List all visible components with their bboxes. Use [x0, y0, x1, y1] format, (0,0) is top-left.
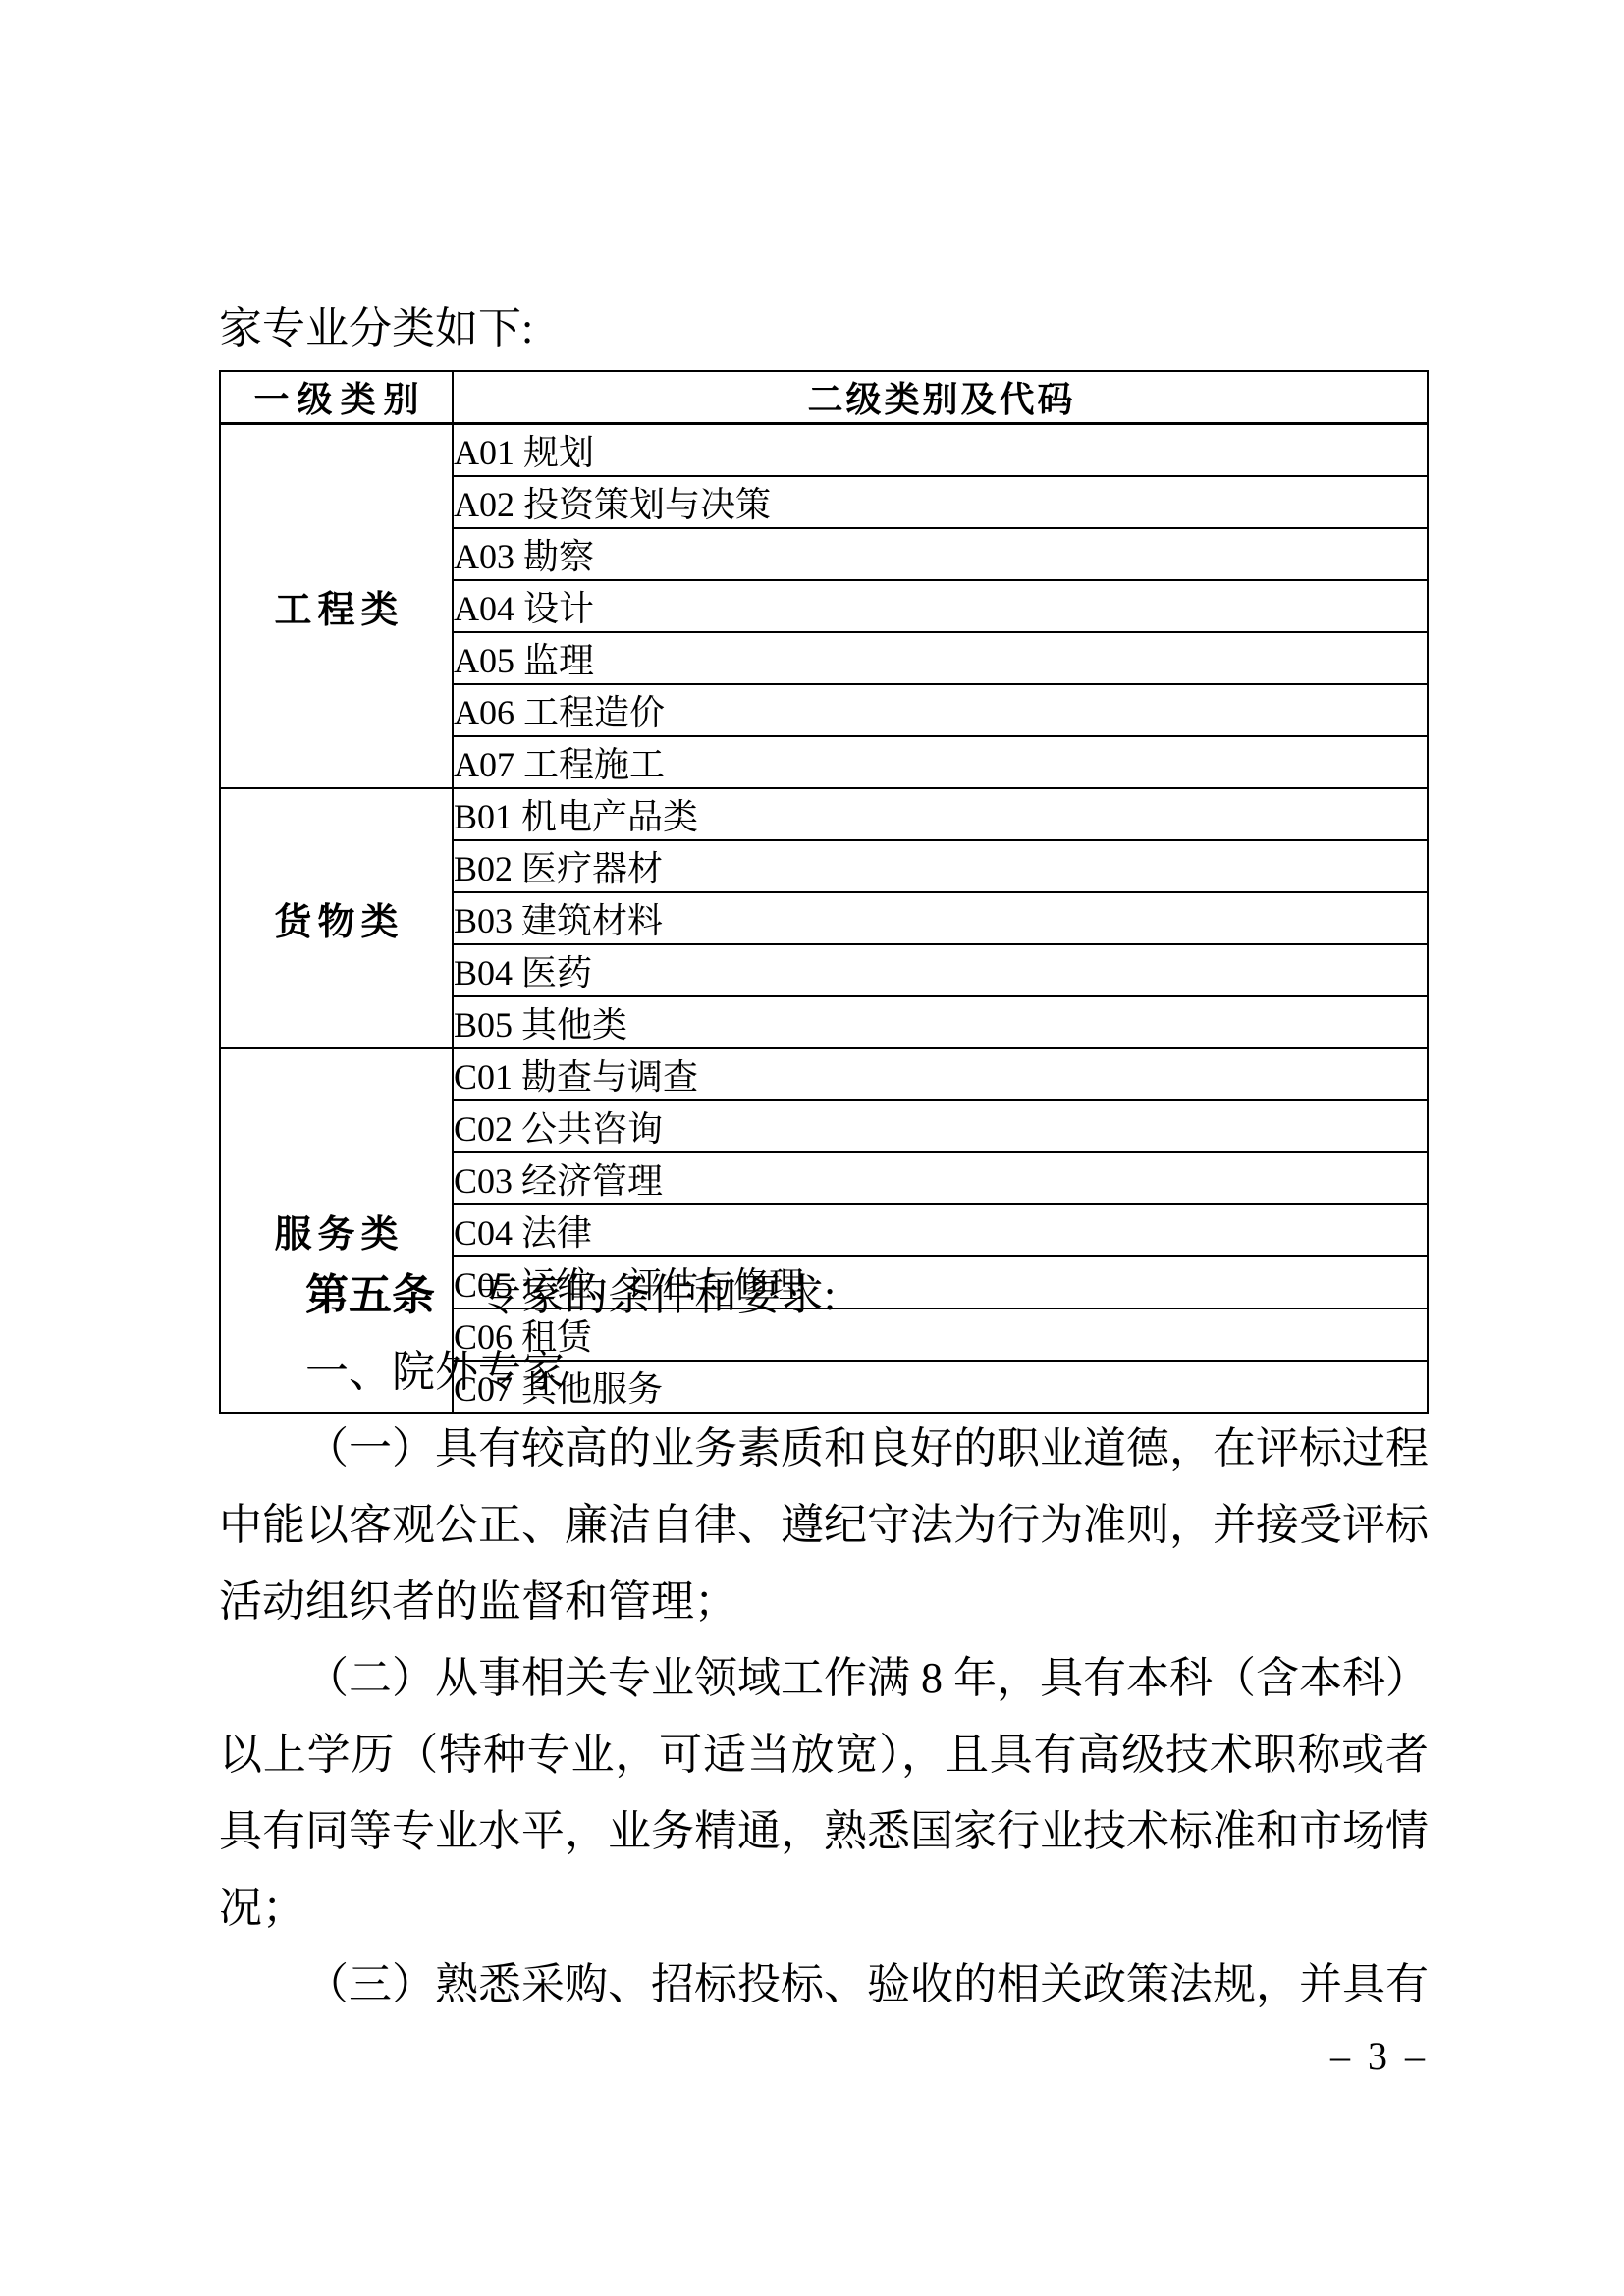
subcategory-cell: B02 医疗器材	[453, 840, 1428, 892]
table-row: 服务类C01 勘查与调查	[220, 1048, 1428, 1100]
subcategory-cell: A04 设计	[453, 580, 1428, 632]
subcategory-cell: C03 经济管理	[453, 1152, 1428, 1204]
document-page: 家专业分类如下: 一级类别 二级类别及代码 工程类A01 规划A02 投资策划与…	[0, 0, 1624, 2296]
subcategory-cell: C04 法律	[453, 1204, 1428, 1256]
table-header-level2: 二级类别及代码	[453, 371, 1428, 424]
subcategory-cell: A03 勘察	[453, 528, 1428, 580]
subcategory-cell: A01 规划	[453, 424, 1428, 477]
body-paragraph: （一）具有较高的业务素质和良好的职业道德，在评标过程中能以客观公正、廉洁自律、遵…	[219, 1411, 1429, 1640]
table-header-level1: 一级类别	[220, 371, 453, 424]
table-row: 货物类B01 机电产品类	[220, 788, 1428, 840]
subcategory-cell: C01 勘查与调查	[453, 1048, 1428, 1100]
article-heading: 第五条 专家的条件和要求:	[219, 1257, 1429, 1334]
subcategory-cell: B01 机电产品类	[453, 788, 1428, 840]
category-cell: 货物类	[220, 788, 453, 1048]
subcategory-cell: A06 工程造价	[453, 684, 1428, 736]
subcategory-cell: B05 其他类	[453, 996, 1428, 1048]
table-row: 工程类A01 规划	[220, 424, 1428, 477]
subcategory-cell: A02 投资策划与决策	[453, 476, 1428, 528]
category-cell: 工程类	[220, 424, 453, 789]
article-number: 第五条	[305, 1271, 435, 1319]
body-paragraph: （二）从事相关专业领域工作满 8 年，具有本科（含本科）以上学历（特种专业，可适…	[219, 1640, 1429, 1947]
article-title: 专家的条件和要求:	[435, 1271, 836, 1319]
page-number: – 3 –	[1134, 2035, 1429, 2078]
body-text: 第五条 专家的条件和要求: 一、院外专家 （一）具有较高的业务素质和良好的职业道…	[219, 1257, 1429, 2023]
intro-text: 家专业分类如下:	[219, 291, 1429, 367]
subcategory-cell: A05 监理	[453, 632, 1428, 684]
subcategory-cell: A07 工程施工	[453, 736, 1428, 788]
subcategory-cell: B04 医药	[453, 944, 1428, 996]
list-heading: 一、院外专家	[219, 1334, 1429, 1411]
subcategory-cell: B03 建筑材料	[453, 892, 1428, 944]
paragraphs-container: （一）具有较高的业务素质和良好的职业道德，在评标过程中能以客观公正、廉洁自律、遵…	[219, 1411, 1429, 2023]
subcategory-cell: C02 公共咨询	[453, 1100, 1428, 1152]
body-paragraph: （三）熟悉采购、招标投标、验收的相关政策法规，并具有	[219, 1947, 1429, 2023]
table-header-row: 一级类别 二级类别及代码	[220, 371, 1428, 424]
